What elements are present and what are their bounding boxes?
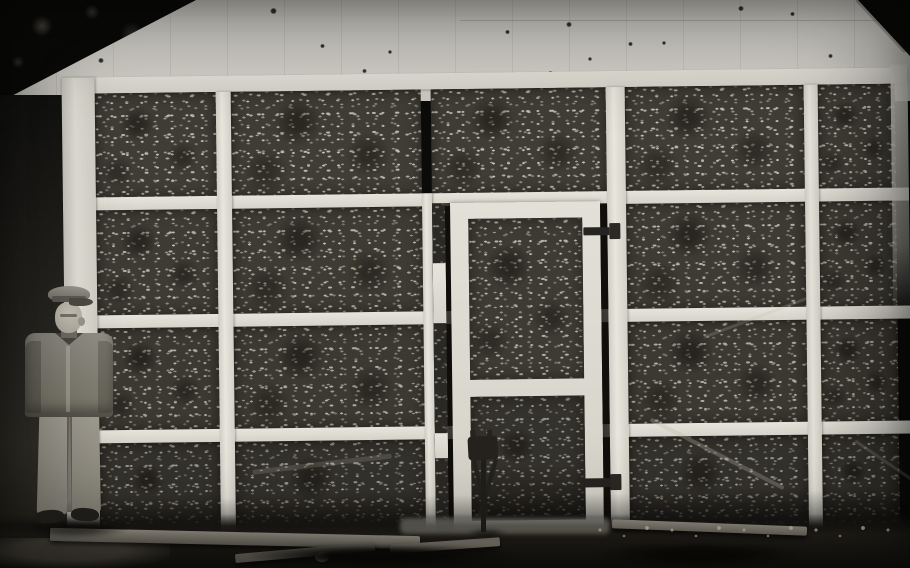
screen-panel: [625, 85, 805, 191]
ground-shadow: [250, 546, 510, 568]
screen-panel: [627, 320, 807, 424]
screen-panel: [819, 201, 897, 307]
screen-panel: [820, 319, 898, 422]
tripod-head: [467, 435, 498, 461]
screen-panel: [234, 324, 425, 428]
screen-panel: [818, 84, 896, 189]
screen-panel-above-door: [431, 87, 607, 193]
door-hinge-top: [583, 227, 609, 235]
ground-shadow: [600, 544, 800, 568]
man: [22, 284, 122, 544]
tripod-pole: [481, 458, 486, 532]
screen-panel: [626, 202, 806, 309]
man-trouser-leg: [70, 414, 101, 512]
door-upper-screen: [468, 217, 584, 379]
screen-house-wall: [0, 0, 910, 568]
door-hinge-bottom: [580, 478, 610, 487]
door-sidelight-spacer: [433, 263, 447, 323]
rubble: [590, 522, 900, 542]
frame-edge-post-right: [890, 64, 910, 319]
tripod-shadow: [468, 529, 506, 537]
man-ear: [78, 317, 85, 326]
man-shoe: [71, 507, 100, 521]
man-trouser-leg: [37, 414, 70, 515]
screen-panel: [95, 92, 217, 197]
screen-panel: [232, 206, 423, 313]
screen-panel: [231, 89, 422, 195]
man-trouser-crease: [67, 416, 72, 512]
man-cap-visor: [69, 298, 93, 306]
door-sidelight-spacer: [435, 433, 448, 458]
photograph: [0, 0, 910, 568]
man-jacket-placket: [66, 346, 70, 412]
